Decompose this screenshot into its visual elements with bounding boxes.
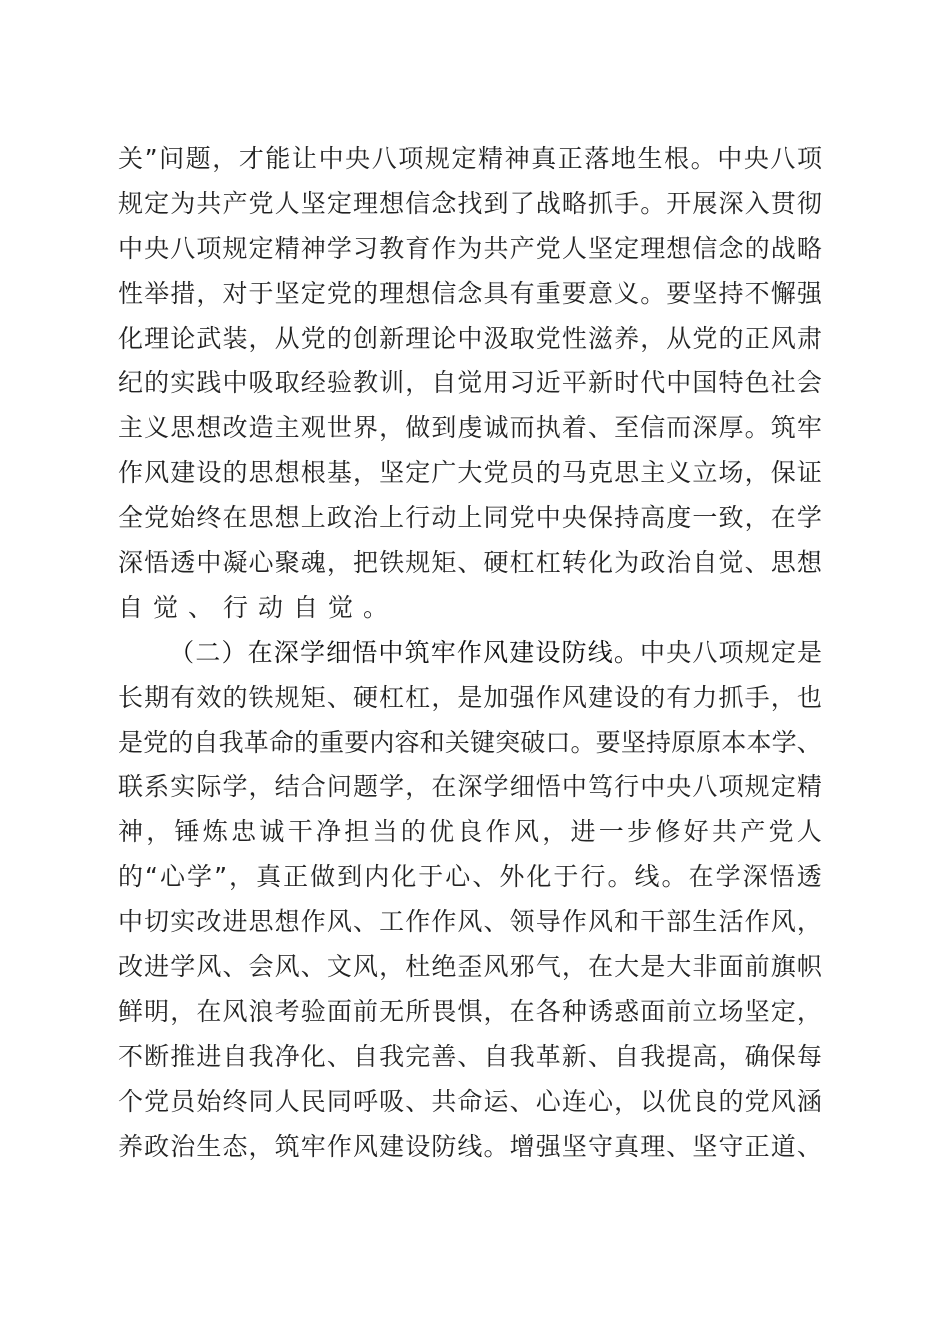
document-body: 关”问题，才能让中央八项规定精神真正落地生根。中央八项 规定为共产党人坚定理想信… [118,137,822,1169]
text-line: 深悟透中凝心聚魂，把铁规矩、硬杠杠转化为政治自觉、思想 [118,541,822,586]
text-line: 纪的实践中吸取经验教训，自觉用习近平新时代中国特色社会 [118,361,822,406]
text-line: 养政治生态，筑牢作风建设防线。增强坚守真理、坚守正道、 [118,1125,822,1170]
text-line: 中央八项规定精神学习教育作为共产党人坚定理想信念的战略 [118,227,822,272]
first-line-text: 中央八项规定是 [640,638,822,667]
text-line: 化理论武装，从党的创新理论中汲取党性滋养，从党的正风肃 [118,317,822,362]
text-line: 性举措，对于坚定党的理想信念具有重要意义。要坚持不懈强 [118,272,822,317]
text-line: 规定为共产党人坚定理想信念找到了战略抓手。开展深入贯彻 [118,182,822,227]
text-line: 神，锤炼忠诚干净担当的优良作风，进一步修好共产党人 [118,810,822,855]
text-line: 鲜明，在风浪考验面前无所畏惧，在各种诱惑面前立场坚定， [118,990,822,1035]
text-line: 个党员始终同人民同呼吸、共命运、心连心，以优良的党风涵 [118,1080,822,1125]
text-line: 全党始终在思想上政治上行动上同党中央保持高度一致，在学 [118,496,822,541]
text-line: 自觉、行动自觉。 [118,586,822,631]
text-line: 主义思想改造主观世界，做到虔诚而执着、至信而深厚。筑牢 [118,406,822,451]
text-line: 的“心学”，真正做到内化于心、外化于行。线。在学深悟透 [118,855,822,900]
document-page: 关”问题，才能让中央八项规定精神真正落地生根。中央八项 规定为共产党人坚定理想信… [0,0,950,1344]
paragraph-1: 关”问题，才能让中央八项规定精神真正落地生根。中央八项 规定为共产党人坚定理想信… [118,137,822,631]
text-line: 长期有效的铁规矩、硬杠杠，是加强作风建设的有力抓手，也 [118,676,822,721]
text-line: 联系实际学，结合问题学，在深学细悟中笃行中央八项规定精 [118,765,822,810]
text-line: 关”问题，才能让中央八项规定精神真正落地生根。中央八项 [118,137,822,182]
text-line: 改进学风、会风、文风，杜绝歪风邪气，在大是大非面前旗帜 [118,945,822,990]
text-line: 是党的自我革命的重要内容和关键突破口。要坚持原原本本学、 [118,721,822,766]
text-line: 作风建设的思想根基，坚定广大党员的马克思主义立场，保证 [118,451,822,496]
paragraph-2: （二）在深学细悟中筑牢作风建设防线。中央八项规定是 长期有效的铁规矩、硬杠杠，是… [118,631,822,1170]
paragraph-first-line: （二）在深学细悟中筑牢作风建设防线。中央八项规定是 [118,631,822,676]
section-heading: （二）在深学细悟中筑牢作风建设防线。 [168,638,640,667]
text-line: 不断推进自我净化、自我完善、自我革新、自我提高，确保每 [118,1035,822,1080]
text-line: 中切实改进思想作风、工作作风、领导作风和干部生活作风， [118,900,822,945]
